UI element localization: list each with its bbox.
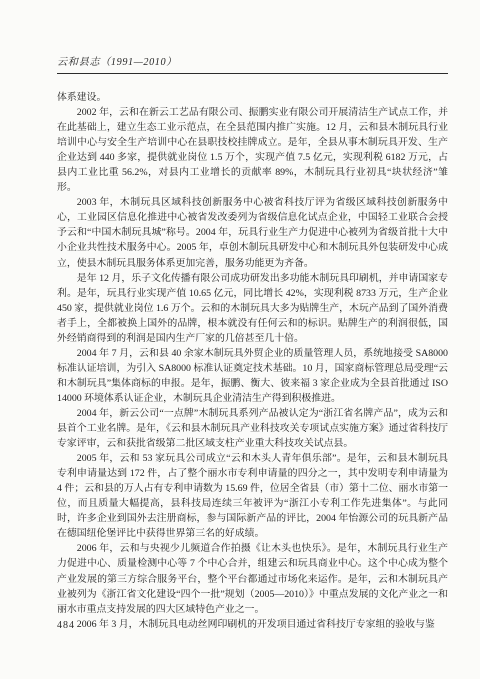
page-body: 体系建设。 2002 年，云和在新云工艺品有限公司、振鹏实业有限公司开展清洁生产…: [57, 90, 448, 632]
paragraph-2003: 2003 年，木制玩具区域科技创新服务中心被省科技厅评为省级区域科技创新服务中心…: [57, 195, 448, 270]
paragraph-2006: 2006 年，云和与央视少儿频道合作拍摄《让木头也快乐》。是年，木制玩具行业生产…: [57, 541, 448, 616]
page-number: 484: [57, 620, 75, 631]
paragraph-2006-march: 2006 年 3 月，木制玩具电动丝网印刷机的开发项目通过省科技厅专家组的验收与…: [57, 617, 448, 632]
paragraph-2004-brand: 2004 年，新云公司“一点牌”木制玩具系列产品被认定为“浙江省名牌产品”，成为…: [57, 406, 448, 451]
paragraph-dec-of-year: 是年 12 月，乐子文化传播有限公司成功研发出多功能木制玩具印刷机，并申请国家专…: [57, 271, 448, 346]
paragraph-continuation: 体系建设。: [57, 90, 448, 105]
scanned-book-page: 云和县志（1991—2010） 体系建设。 2002 年，云和在新云工艺品有限公…: [0, 0, 480, 679]
paragraph-2002: 2002 年，云和在新云工艺品有限公司、振鹏实业有限公司开展清洁生产试点工作，并…: [57, 105, 448, 195]
running-header: 云和县志（1991—2010）: [57, 52, 448, 74]
paragraph-2004-july: 2004 年 7 月，云和县 40 余家木制玩具外贸企业的质量管理人员，系统地接…: [57, 346, 448, 406]
book-title: 云和县志（1991—2010）: [57, 57, 177, 68]
paragraph-2005: 2005 年，云和 53 家玩具公司成立“云和木头人青年俱乐部”。是年，云和县木…: [57, 451, 448, 541]
